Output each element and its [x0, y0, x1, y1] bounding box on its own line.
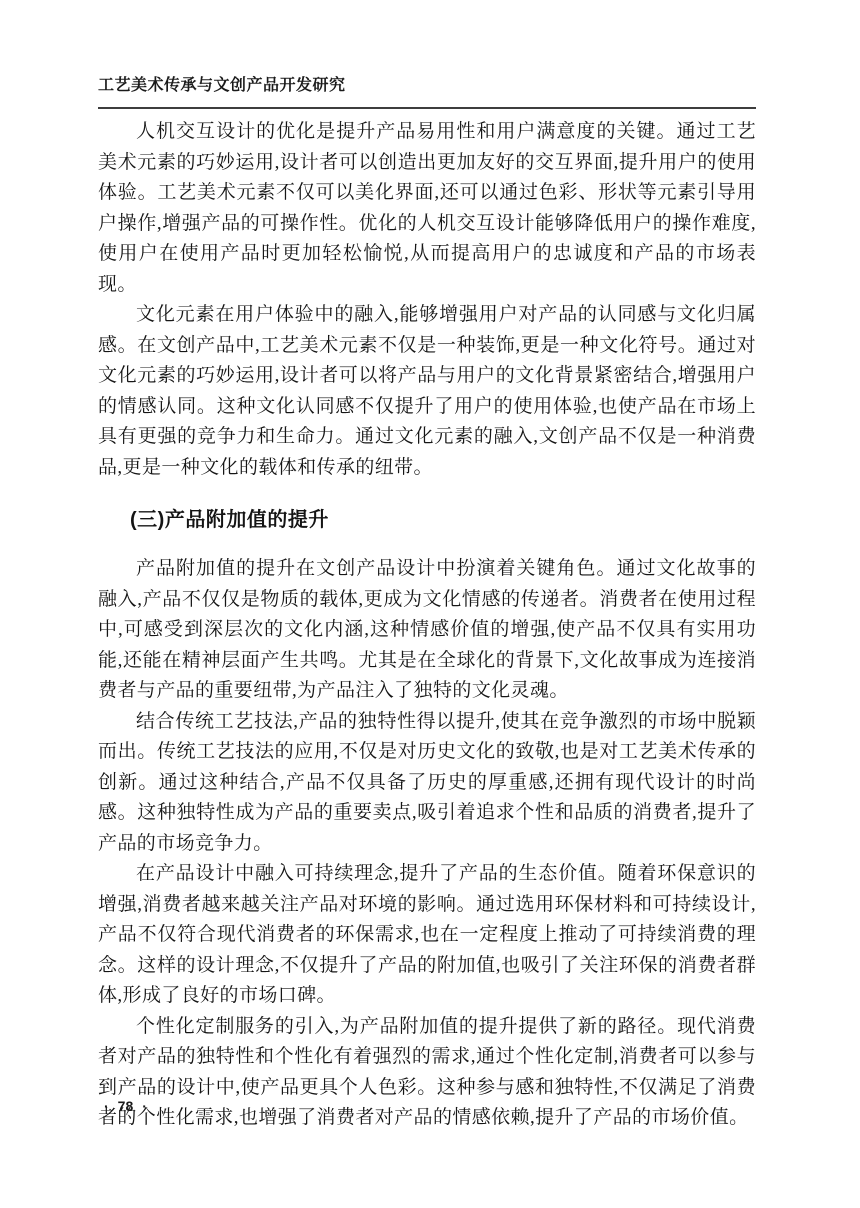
- page-content: 工艺美术传承与文创产品开发研究 人机交互设计的优化是提升产品易用性和用户满意度的…: [98, 0, 756, 1134]
- book-page: 工艺美术传承与文创产品开发研究 人机交互设计的优化是提升产品易用性和用户满意度的…: [0, 0, 860, 1208]
- page-number-footer: · 78 ·: [104, 1098, 147, 1114]
- paragraph: 文化元素在用户体验中的融入,能够增强用户对产品的认同感与文化归属感。在文创产品中…: [98, 300, 756, 483]
- section-heading: (三)产品附加值的提升: [98, 505, 756, 536]
- page-number-left-dot: ·: [104, 1099, 109, 1113]
- running-header-title: 工艺美术传承与文创产品开发研究: [98, 72, 756, 109]
- paragraph: 个性化定制服务的引入,为产品附加值的提升提供了新的路径。现代消费者对产品的独特性…: [98, 1012, 756, 1134]
- page-number-right-dot: ·: [142, 1099, 147, 1113]
- paragraph: 产品附加值的提升在文创产品设计中扮演着关键角色。通过文化故事的融入,产品不仅仅是…: [98, 554, 756, 707]
- paragraph: 在产品设计中融入可持续理念,提升了产品的生态价值。随着环保意识的增强,消费者越来…: [98, 859, 756, 1012]
- page-number: 78: [118, 1098, 134, 1114]
- body-text: 人机交互设计的优化是提升产品易用性和用户满意度的关键。通过工艺美术元素的巧妙运用…: [98, 117, 756, 1134]
- paragraph: 人机交互设计的优化是提升产品易用性和用户满意度的关键。通过工艺美术元素的巧妙运用…: [98, 117, 756, 300]
- paragraph: 结合传统工艺技法,产品的独特性得以提升,使其在竞争激烈的市场中脱颖而出。传统工艺…: [98, 707, 756, 860]
